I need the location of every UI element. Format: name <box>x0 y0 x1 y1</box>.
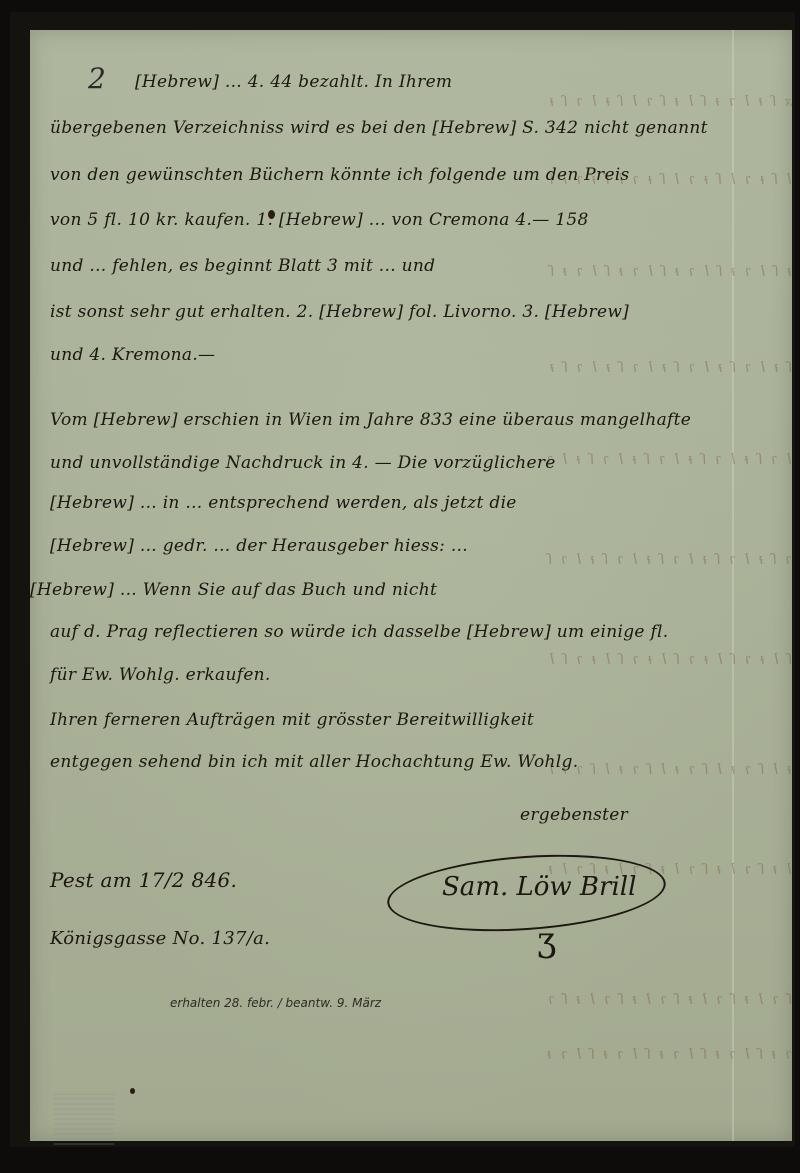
bleed-through: ʃ ɿ ɭ ɟ ʃ ɿ ɭ ɟ ʃ ɿ ɭ ɟ ʃ ɿ ɭ ɟ ʃ ɿ <box>30 990 792 1004</box>
signature: Sam. Löw Brill ʒ <box>387 850 667 940</box>
letter-line: und unvollständige Nachdruck in 4. — Die… <box>50 453 556 473</box>
sender-address: Königsgasse No. 137/a. <box>50 928 270 949</box>
letter-line: Vom [Hebrew] erschien in Wien im Jahre 8… <box>50 410 691 430</box>
letter-line: ist sonst sehr gut erhalten. 2. [Hebrew]… <box>50 302 629 322</box>
letter-line: und ... fehlen, es beginnt Blatt 3 mit .… <box>50 256 435 276</box>
place-date: Pest am 17/2 846. <box>50 868 237 892</box>
letter-line: Ihren ferneren Aufträgen mit grösster Be… <box>50 710 534 730</box>
letter-line: und 4. Kremona.— <box>50 345 215 365</box>
letter-line: von den gewünschten Büchern könnte ich f… <box>50 165 630 185</box>
letter-line: [Hebrew] ... Wenn Sie auf das Buch und n… <box>30 580 437 600</box>
bleed-through: ᵹ ʃ ɟ ɭ ɿ ɟ ʃ ɭ ɟ ʃ ɿ ɭ ʃ ɟ ɭ ɿ ʃ ɟ <box>30 92 792 106</box>
ink-blot <box>130 1088 135 1094</box>
letter-line: [Hebrew] ... 4. 44 bezahlt. In Ihrem <box>135 72 452 92</box>
bleed-through: ʃ ɭ ɟ ɿ ʃ ɭ ɟ ɿ ʃ ɭ ɟ ɿ ʃ ɭ ɟ ɿ ʃ ɭ <box>30 650 792 664</box>
letter-page: ᵹ ʃ ɟ ɭ ɿ ɟ ʃ ɭ ɟ ʃ ɿ ɭ ʃ ɟ ɭ ɿ ʃ ɟ ɭ ʃ … <box>30 30 792 1141</box>
letter-line: ergebenster <box>520 805 628 825</box>
page-number: 2 <box>88 62 106 95</box>
letter-line: für Ew. Wohlg. erkaufen. <box>50 665 271 685</box>
faded-stamp <box>54 1090 114 1145</box>
archival-annotation: erhalten 28. febr. / beantw. 9. März <box>170 996 381 1010</box>
signature-text: Sam. Löw Brill <box>442 872 636 902</box>
letter-line: entgegen sehend bin ich mit aller Hochac… <box>50 752 578 772</box>
letter-line: [Hebrew] ... gedr. ... der Herausgeber h… <box>50 536 468 556</box>
signature-flourish: ʒ <box>537 920 556 960</box>
ink-blot <box>268 210 275 219</box>
fold-line <box>732 30 734 1141</box>
letter-line: übergebenen Verzeichniss wird es bei den… <box>50 118 708 138</box>
letter-line: auf d. Prag reflectieren so würde ich da… <box>50 622 669 642</box>
letter-line: von 5 fl. 10 kr. kaufen. 1. [Hebrew] ...… <box>50 210 589 230</box>
bleed-through: ɿ ɟ ʃ ɭ ɿ ɟ ʃ ɭ ɿ ɟ ʃ ɭ ɿ ɟ ʃ ɭ ɿ ɟ <box>30 1045 792 1059</box>
letter-line: [Hebrew] ... in ... entsprechend werden,… <box>50 493 517 513</box>
